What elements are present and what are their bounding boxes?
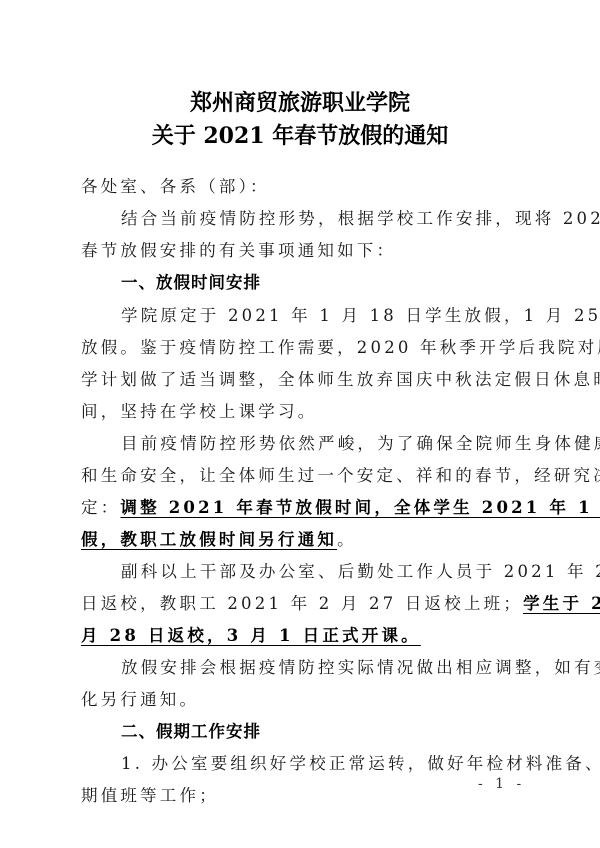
para4-line-2: 化另行通知。 (81, 689, 521, 711)
para1-line-1: 学院原定于 2021 年 1 月 18 日学生放假，1 月 25 日教职工 (81, 305, 561, 327)
para3-line-3: 月 28 日返校，3 月 1 日正式开课。 (81, 625, 521, 647)
para1-line-4: 间，坚持在学校上课学习。 (81, 401, 521, 423)
salutation: 各处室、各系（部）： (81, 176, 521, 198)
item1-line-1: 1. 办公室要组织好学校正常运转，做好年检材料准备、假 (81, 753, 561, 775)
para3-line-2-prefix: 日返校，教职工 2021 年 2 月 27 日返校上班； (81, 594, 523, 613)
item1-line-2: 期值班等工作； (81, 785, 521, 807)
section-heading-2: 二、假期工作安排 (81, 721, 561, 743)
emphasized-return-date: 学生于 2021 年 2 (523, 594, 600, 613)
para1-line-3: 学计划做了适当调整，全体师生放弃国庆中秋法定假日休息时 (81, 369, 521, 391)
page-number: - 1 - (478, 776, 525, 792)
para3-line-2: 日返校，教职工 2021 年 2 月 27 日返校上班；学生于 2021 年 2 (81, 593, 521, 615)
document-title-institution: 郑州商贸旅游职业学院 (0, 86, 600, 117)
para4-line-1: 放假安排会根据疫情防控实际情况做出相应调整，如有变 (81, 657, 561, 679)
para3-line-1: 副科以上干部及办公室、后勤处工作人员于 2021 年 2 月 23 (81, 561, 561, 583)
para1-line-2: 放假。鉴于疫情防控工作需要，2020 年秋季开学后我院对原教 (81, 337, 521, 359)
para2-line-3: 定：调整 2021 年春节放假时间，全体学生 2021 年 1 月 4 日放 (81, 497, 521, 519)
para2-line-3-prefix: 定： (81, 498, 120, 517)
emphasized-return-date-cont: 月 28 日返校，3 月 1 日正式开课。 (81, 626, 421, 645)
emphasized-decision-cont: 假，教职工放假时间另行通知 (81, 530, 337, 549)
intro-line-1: 结合当前疫情防控形势，根据学校工作安排，现将 2021 年 (81, 208, 561, 230)
document-title-notice: 关于 2021 年春节放假的通知 (0, 119, 600, 150)
para2-line-2: 和生命安全，让全体师生过一个安定、祥和的春节，经研究决 (81, 465, 521, 487)
para2-line-4-suffix: 。 (337, 530, 357, 549)
para2-line-4: 假，教职工放假时间另行通知。 (81, 529, 521, 551)
section-heading-1: 一、放假时间安排 (81, 272, 561, 294)
intro-line-2: 春节放假安排的有关事项通知如下： (81, 240, 521, 262)
para2-line-1: 目前疫情防控形势依然严峻，为了确保全院师生身体健康 (81, 433, 561, 455)
emphasized-decision: 调整 2021 年春节放假时间，全体学生 2021 年 1 月 4 日放 (120, 498, 600, 517)
